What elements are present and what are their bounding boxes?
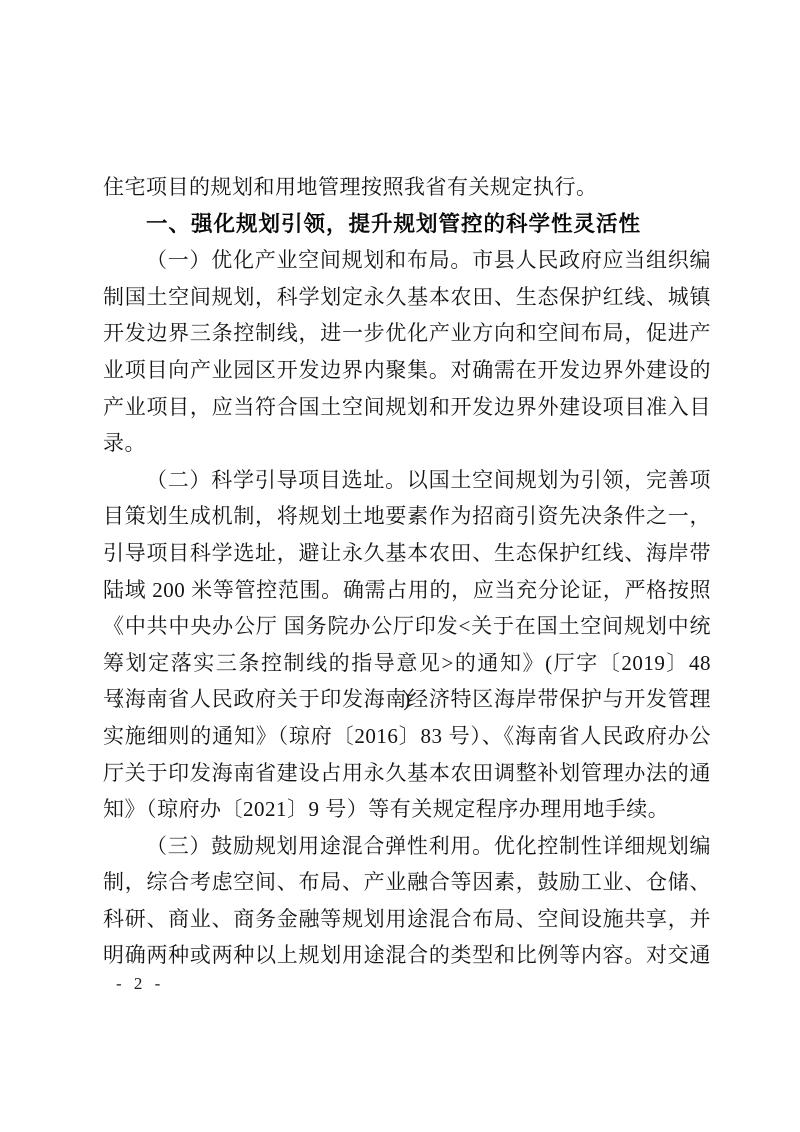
text-line: 《中共中央办公厅 国务院办公厅印发<关于在国土空间规划中统: [103, 608, 711, 645]
document-page: 住宅项目的规划和用地管理按照我省有关规定执行。一、强化规划引领，提升规划管控的科…: [0, 0, 800, 1132]
text-line: 陆域 200 米等管控范围。确需占用的，应当充分论证，严格按照: [103, 572, 711, 609]
text-line: 实施细则的通知》（琼府〔2016〕83 号）、《海南省人民政府办公: [103, 718, 711, 755]
page-number: - 2 -: [116, 974, 164, 994]
text-line: 知》（琼府办〔2021〕9 号）等有关规定程序办理用地手续。: [103, 791, 711, 828]
text-line: 《海南省人民政府关于印发海南经济特区海岸带保护与开发管理: [103, 681, 711, 718]
text-line: 目策划生成机制，将规划土地要素作为招商引资先决条件之一，: [103, 498, 711, 535]
text-line: 筹划定落实三条控制线的指导意见>的通知》(厅字〔2019〕48 号)、: [103, 645, 711, 682]
text-line: 明确两种或两种以上规划用途混合的类型和比例等内容。对交通: [103, 937, 711, 974]
text-line: 厅关于印发海南省建设占用永久基本农田调整补划管理办法的通: [103, 755, 711, 792]
text-line: 引导项目科学选址，避让永久基本农田、生态保护红线、海岸带: [103, 535, 711, 572]
document-body: 住宅项目的规划和用地管理按照我省有关规定执行。一、强化规划引领，提升规划管控的科…: [103, 169, 711, 974]
text-line: 开发边界三条控制线，进一步优化产业方向和空间布局，促进产: [103, 315, 711, 352]
text-line: 业项目向产业园区开发边界内聚集。对确需在开发边界外建设的: [103, 352, 711, 389]
text-line: 住宅项目的规划和用地管理按照我省有关规定执行。: [103, 169, 711, 206]
text-line: （一）优化产业空间规划和布局。市县人民政府应当组织编: [103, 242, 711, 279]
section-heading: 一、强化规划引领，提升规划管控的科学性灵活性: [103, 206, 711, 243]
text-line: 科研、商业、商务金融等规划用途混合布局、空间设施共享，并: [103, 901, 711, 938]
text-line: （三）鼓励规划用途混合弹性利用。优化控制性详细规划编: [103, 828, 711, 865]
text-line: 产业项目，应当符合国土空间规划和开发边界外建设项目准入目: [103, 389, 711, 426]
text-line: 录。: [103, 425, 711, 462]
text-line: 制，综合考虑空间、布局、产业融合等因素，鼓励工业、仓储、: [103, 864, 711, 901]
text-line: （二）科学引导项目选址。以国土空间规划为引领，完善项: [103, 462, 711, 499]
text-line: 制国土空间规划，科学划定永久基本农田、生态保护红线、城镇: [103, 279, 711, 316]
